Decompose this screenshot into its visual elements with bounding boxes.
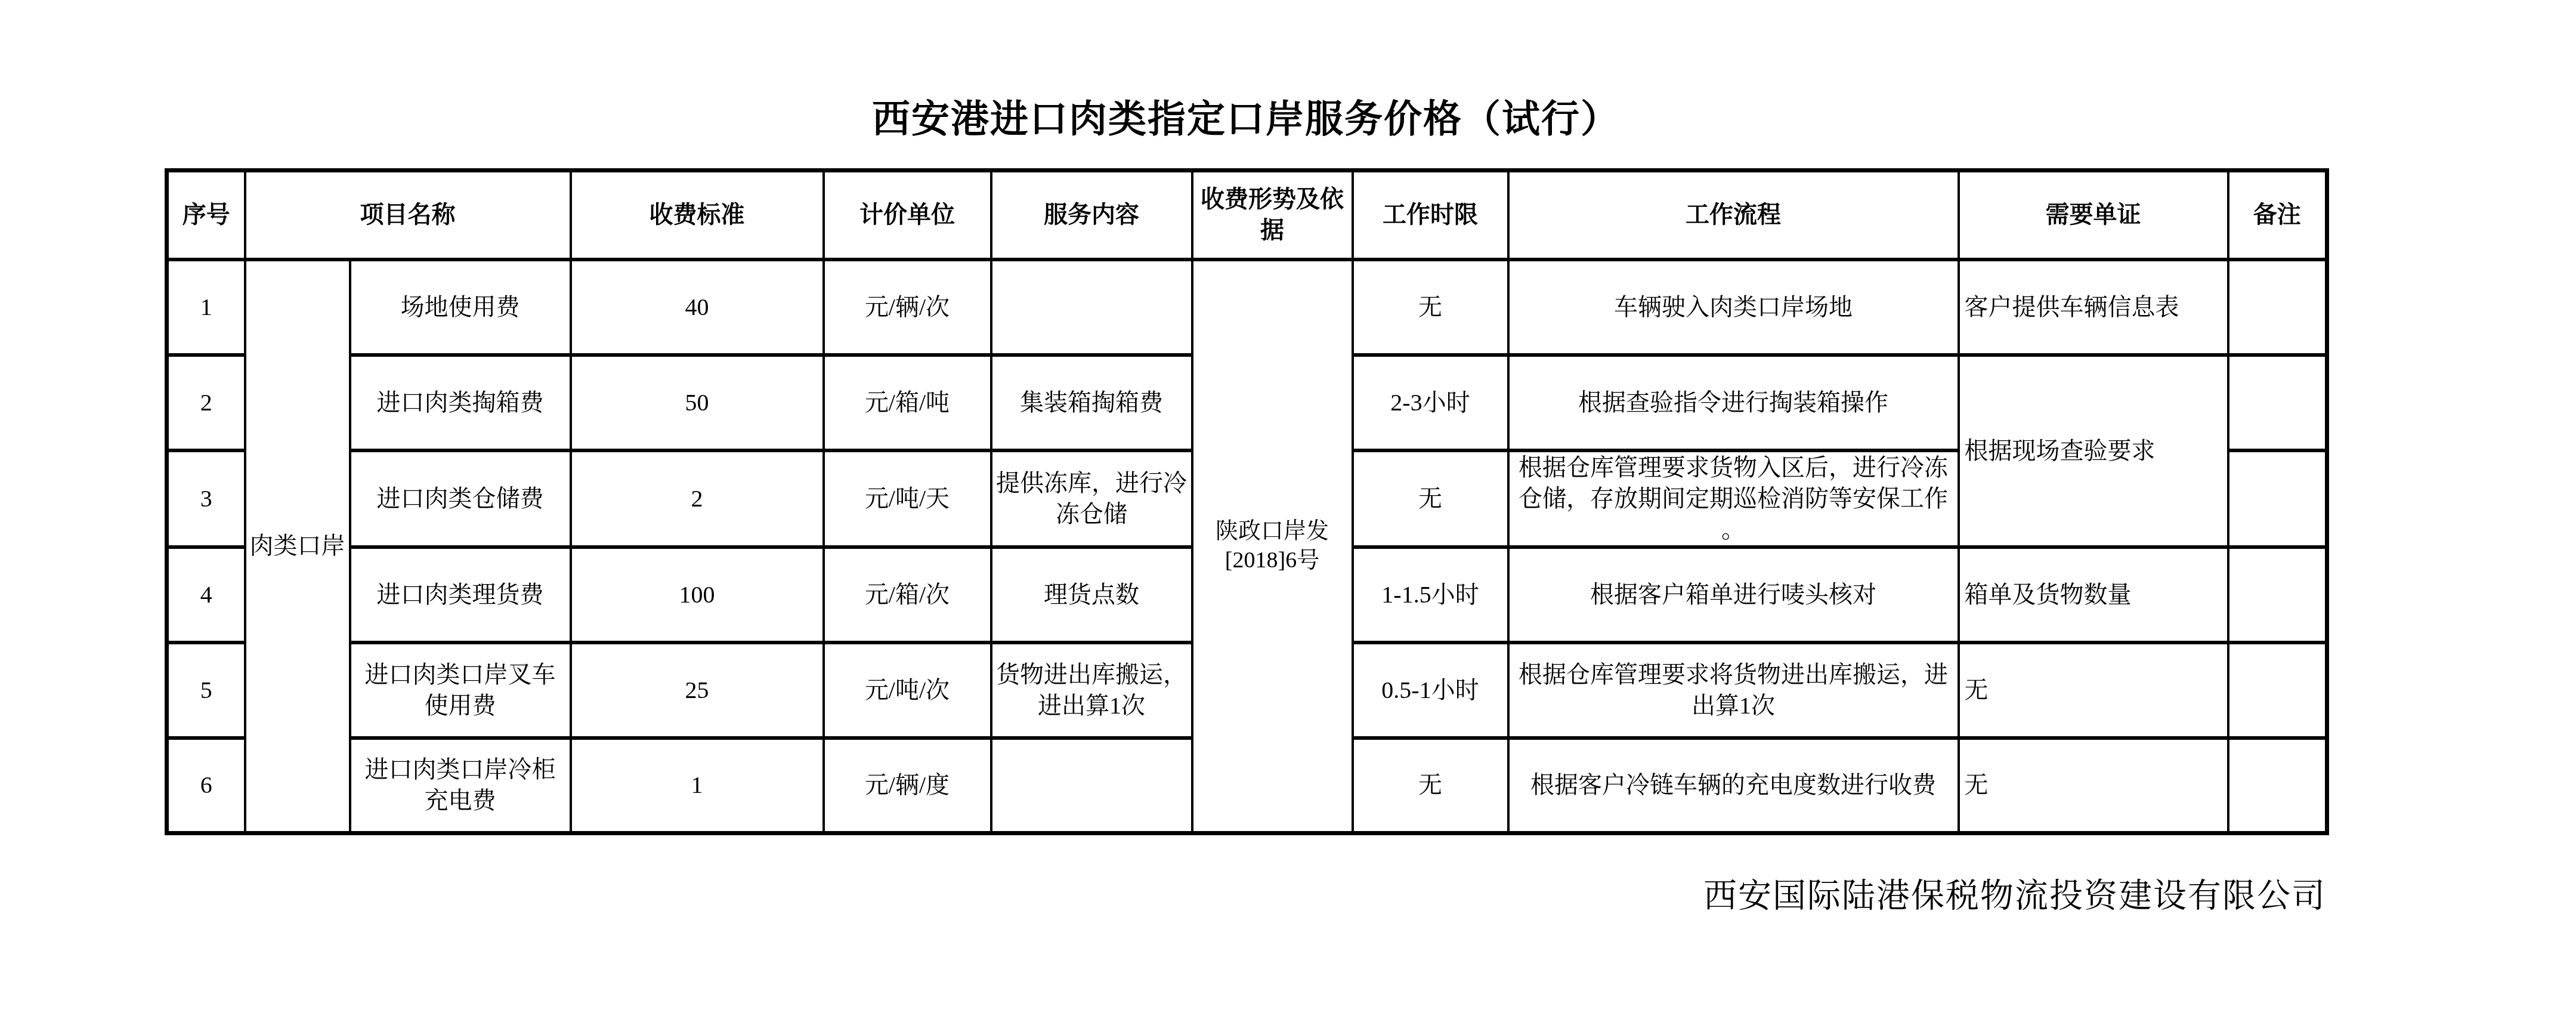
cell-r2-service: 集装箱掏箱费 <box>991 355 1192 450</box>
cell-r6-flow: 根据客户冷链车辆的充电度数进行收费 <box>1508 738 1959 833</box>
cell-r5-fee: 25 <box>571 643 824 738</box>
cell-r2-serial: 2 <box>167 355 245 450</box>
cell-category-meat-port: 肉类口岸 <box>245 260 350 833</box>
cell-r1-unit: 元/辆/次 <box>824 260 991 355</box>
cell-r6-name: 进口肉类口岸冷柜 充电费 <box>350 738 571 833</box>
header-fee-basis: 收费形势及依 据 <box>1192 171 1353 260</box>
header-project-name: 项目名称 <box>245 171 571 260</box>
cell-r2-r3-docs: 根据现场查验要求 <box>1959 355 2228 547</box>
cell-r6-unit: 元/辆/度 <box>824 738 991 833</box>
cell-r1-name: 场地使用费 <box>350 260 571 355</box>
header-serial: 序号 <box>167 171 245 260</box>
cell-r5-serial: 5 <box>167 643 245 738</box>
header-row: 序号 项目名称 收费标准 计价单位 服务内容 收费形势及依 据 工作时限 工作流… <box>167 171 2327 260</box>
cell-r6-time: 无 <box>1353 738 1508 833</box>
cell-r4-name: 进口肉类理货费 <box>350 547 571 643</box>
header-work-flow: 工作流程 <box>1508 171 1959 260</box>
cell-r4-remark <box>2228 547 2327 643</box>
header-remark: 备注 <box>2228 171 2327 260</box>
cell-r5-docs: 无 <box>1959 643 2228 738</box>
cell-r3-remark <box>2228 450 2327 547</box>
company-signature: 西安国际陆港保税物流投资建设有限公司 <box>166 872 2326 920</box>
cell-r2-remark <box>2228 355 2327 450</box>
cell-r3-serial: 3 <box>167 450 245 547</box>
page-title: 西安港进口肉类指定口岸服务价格（试行） <box>166 89 2326 149</box>
cell-r4-service: 理货点数 <box>991 547 1192 643</box>
cell-r3-flow: 根据仓库管理要求货物入区后，进行冷冻 仓储，存放期间定期巡检消防等安保工作 。 <box>1508 450 1959 547</box>
cell-fee-basis: 陕政口岸发 [2018]6号 <box>1192 260 1353 833</box>
cell-r6-service <box>991 738 1192 833</box>
header-required-docs: 需要单证 <box>1959 171 2228 260</box>
cell-r1-flow: 车辆驶入肉类口岸场地 <box>1508 260 1959 355</box>
cell-r2-name: 进口肉类掏箱费 <box>350 355 571 450</box>
cell-r1-service <box>991 260 1192 355</box>
header-service-content: 服务内容 <box>991 171 1192 260</box>
cell-r6-serial: 6 <box>167 738 245 833</box>
header-pricing-unit: 计价单位 <box>824 171 991 260</box>
cell-r2-time: 2-3小时 <box>1353 355 1508 450</box>
cell-r3-service: 提供冻库，进行冷 冻仓储 <box>991 450 1192 547</box>
cell-r4-fee: 100 <box>571 547 824 643</box>
cell-r1-serial: 1 <box>167 260 245 355</box>
header-work-time: 工作时限 <box>1353 171 1508 260</box>
cell-r2-flow: 根据查验指令进行掏装箱操作 <box>1508 355 1959 450</box>
cell-r3-fee: 2 <box>571 450 824 547</box>
price-table: 序号 项目名称 收费标准 计价单位 服务内容 收费形势及依 据 工作时限 工作流… <box>165 168 2329 835</box>
cell-r5-service: 货物进出库搬运， 进出算1次 <box>991 643 1192 738</box>
header-fee-standard: 收费标准 <box>571 171 824 260</box>
cell-r3-unit: 元/吨/天 <box>824 450 991 547</box>
cell-r4-flow: 根据客户箱单进行唛头核对 <box>1508 547 1959 643</box>
cell-r6-remark <box>2228 738 2327 833</box>
cell-r5-remark <box>2228 643 2327 738</box>
cell-r4-serial: 4 <box>167 547 245 643</box>
cell-r5-name: 进口肉类口岸叉车 使用费 <box>350 643 571 738</box>
cell-r1-docs: 客户提供车辆信息表 <box>1959 260 2228 355</box>
cell-r6-docs: 无 <box>1959 738 2228 833</box>
cell-r1-time: 无 <box>1353 260 1508 355</box>
cell-r5-flow: 根据仓库管理要求将货物进出库搬运，进 出算1次 <box>1508 643 1959 738</box>
cell-r5-time: 0.5-1小时 <box>1353 643 1508 738</box>
cell-r6-fee: 1 <box>571 738 824 833</box>
table-row-1: 1 肉类口岸 场地使用费 40 元/辆/次 陕政口岸发 [2018]6号 无 车… <box>167 260 2327 355</box>
cell-r1-remark <box>2228 260 2327 355</box>
cell-r5-unit: 元/吨/次 <box>824 643 991 738</box>
cell-r4-docs: 箱单及货物数量 <box>1959 547 2228 643</box>
cell-r1-fee: 40 <box>571 260 824 355</box>
cell-r2-fee: 50 <box>571 355 824 450</box>
cell-r3-name: 进口肉类仓储费 <box>350 450 571 547</box>
cell-r4-time: 1-1.5小时 <box>1353 547 1508 643</box>
cell-r3-time: 无 <box>1353 450 1508 547</box>
cell-r2-unit: 元/箱/吨 <box>824 355 991 450</box>
cell-r4-unit: 元/箱/次 <box>824 547 991 643</box>
